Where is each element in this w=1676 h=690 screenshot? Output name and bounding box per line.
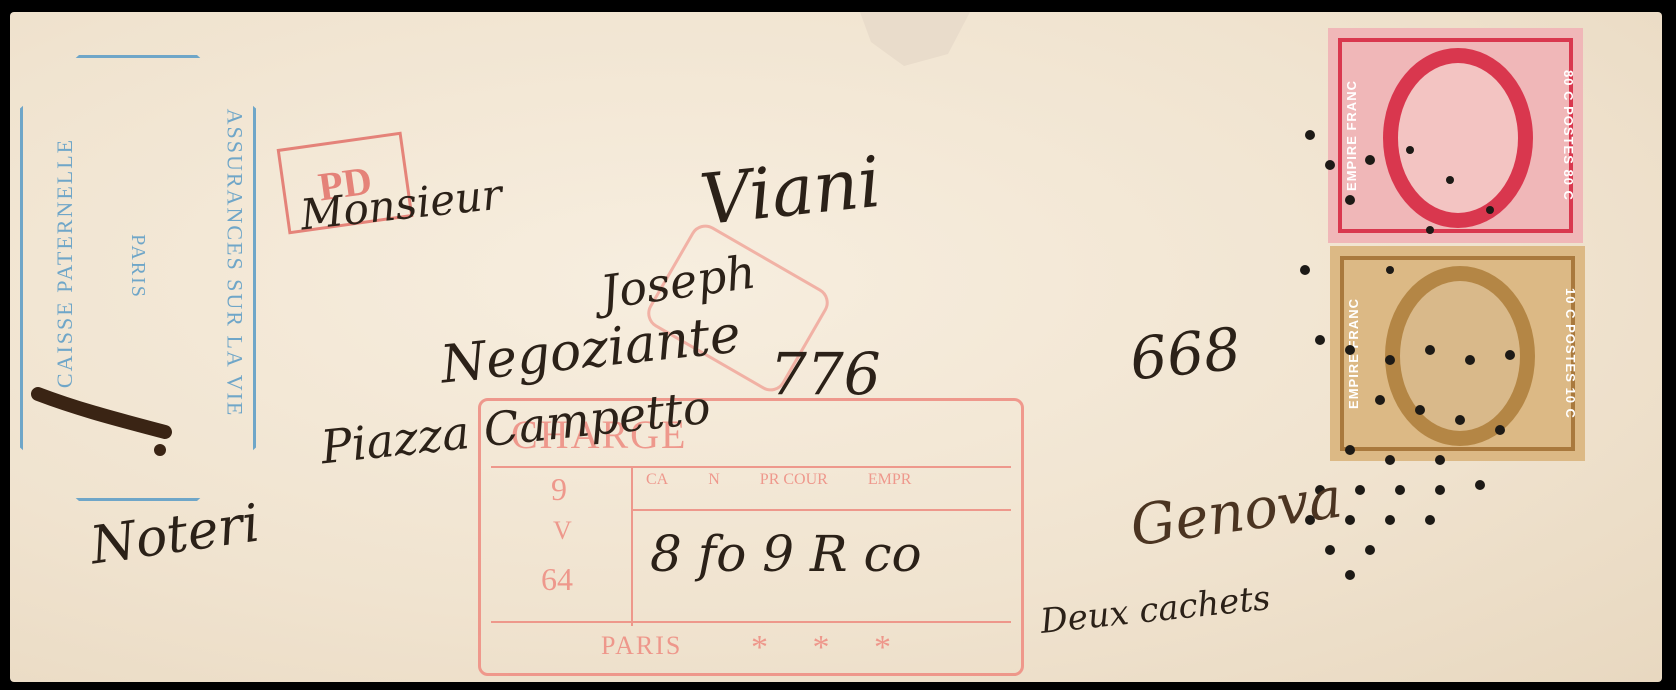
- sender-cachet-outer-left: CAISSE PATERNELLE: [52, 138, 78, 388]
- handwritten-fee: 8 fo 9 R co: [650, 525, 922, 583]
- ink-stroke: [30, 380, 180, 460]
- charge-col: PR COUR: [760, 471, 828, 489]
- charge-day: 9: [551, 471, 567, 508]
- handwritten-668: 668: [1127, 314, 1244, 393]
- divider: [631, 466, 633, 626]
- charge-columns: CA N PR COUR EMPR: [646, 471, 911, 489]
- handwritten-776: 776: [770, 340, 881, 408]
- charge-col: EMPR: [868, 471, 912, 489]
- charge-stars: * * *: [751, 629, 909, 667]
- divider: [631, 509, 1011, 511]
- sender-cachet-outer-right: ASSURANCES SUR LA VIE: [221, 109, 247, 418]
- charge-city: PARIS: [601, 631, 682, 661]
- charge-year: 64: [541, 561, 573, 598]
- divider: [491, 466, 1011, 468]
- charge-month: V: [553, 516, 572, 546]
- charge-col: N: [708, 471, 720, 489]
- sender-cachet-center: PARIS: [126, 234, 149, 299]
- divider: [491, 621, 1011, 623]
- charge-col: CA: [646, 471, 668, 489]
